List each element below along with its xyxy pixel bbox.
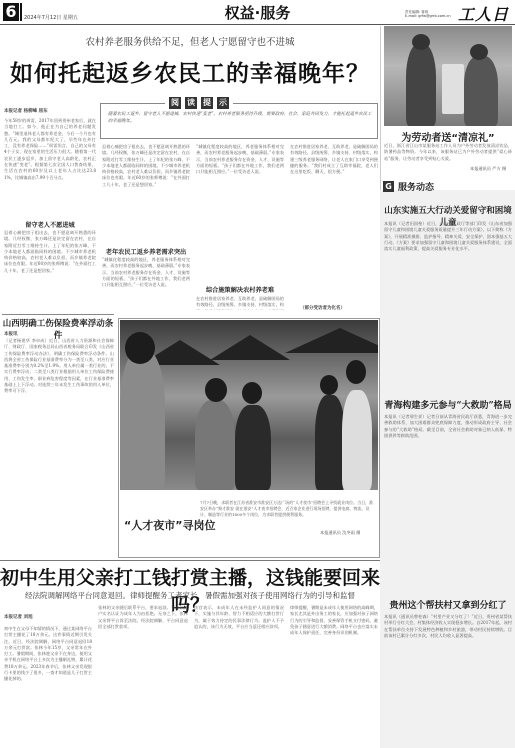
- main-column-1: 今年58岁的周雷，2017年回到贵州老家后，就在当地打工。如今，他正在为自己的养…: [4, 118, 96, 228]
- main-subhead-3: 综合施策解决农村养老难: [196, 285, 284, 294]
- main-subhead-1: 留守老人不愿进城: [4, 220, 96, 229]
- reading-tip-char: 阅: [169, 97, 181, 109]
- service-news-label: 服务动态: [398, 180, 434, 193]
- editor-email: E-mail: grfw@grrb.com.cn: [405, 14, 451, 18]
- bottom-story-divider: [0, 560, 380, 561]
- brief-body-shandong: 本报讯（记者田国垒）近日，山东省民政厅等部门印发《山东省加强留守儿童和困境儿童关…: [384, 221, 512, 379]
- photo-credit: 本报通讯员 沈冬雨 摄: [320, 530, 360, 536]
- worker-figure: [406, 44, 436, 126]
- person-head: [205, 378, 227, 402]
- bottom-column-2: 张林的父亲随后联系平台，要求退款。平台以账户实名认证为成年人为由拒绝。无奈之下，…: [98, 605, 188, 746]
- tent-shape: [285, 328, 378, 353]
- reading-tip-char: 读: [185, 97, 197, 109]
- main-column-1b: 忍着心痛把房子租出去，也不愿意离开熟悉的环境。几经权衡，张万峰还是决定留在农村，…: [4, 230, 96, 298]
- brief-body-qinghai: 本报讯（记者邢生祥）记者日前从青海省民政厅获悉，青海进一步完善救助体系，加大困难…: [384, 414, 512, 582]
- photo-caption: 7月7日晚，求职者在江苏省淮安市淮安区万达广场的“人才夜市”招聘会上寻找就业岗位…: [200, 500, 376, 518]
- reading-tip-char: 提: [201, 97, 213, 109]
- cooler-box: [442, 64, 464, 114]
- bottom-column-4: 律师提醒，暑期是未成年人使用网络的高峰期，家长尤其是外出务工的家长，应加强对孩子…: [290, 605, 378, 746]
- person-figure: [235, 405, 271, 490]
- bottom-column-1: 初中生在父母不知情的情况下，通过某网络平台打赏主播花了18万余元。这件事情近期引…: [4, 626, 92, 746]
- editor-info: 责任编辑: 蒋蒋 E-mail: grfw@grrb.com.cn: [405, 10, 451, 18]
- service-news-icon: G: [383, 181, 394, 192]
- reading-tip-text: 随着农民工返乡、留守老人不愿进城，农村快速“变老”。农村养老服务亟待升级，需要政…: [108, 112, 372, 125]
- worker-head: [470, 44, 488, 60]
- bottom-deck: 经法院调解网络平台同意退回。律师提醒务工者家长，暑假需加强对孩子使用网络行为的引…: [0, 590, 380, 601]
- tent-shape: [210, 335, 290, 360]
- brief-headline-qinghai: 青海构建多元参与“大救助”格局: [382, 398, 514, 411]
- main-closing-credit: （部分受访者为化名）: [300, 305, 345, 311]
- person-head: [346, 360, 366, 384]
- person-figure: [342, 390, 372, 490]
- person-head: [320, 375, 338, 395]
- person-head: [125, 332, 155, 364]
- main-column-2: 忍着心痛把房子租出去，也不愿意离开熟悉的环境。几经权衡，张万峰还是决定留在农村，…: [102, 144, 190, 244]
- worker-figure: [464, 56, 498, 126]
- main-kicker: 农村养老服务供给不足，但老人宁愿留守也不进城: [0, 34, 380, 48]
- left-brief-divider: [2, 314, 114, 315]
- main-column-3b: 在农村推进居家养老、互助养老，是破解困局的有效路径。县级统筹、乡镇支持、村级落实…: [196, 296, 284, 310]
- person-figure: [120, 350, 165, 490]
- brief-body-guizhou: 本报讯（通讯员曾柱森）“村里产业又分红了！”近日，贵州省某帮扶村举行分红大会，村…: [384, 614, 512, 744]
- person-figure: [195, 400, 235, 490]
- main-headline: 如何托起返乡农民工的幸福晚年？: [0, 55, 380, 88]
- photo-title: “人才夜市”寻岗位: [124, 517, 215, 533]
- bottom-column-3: 法官表示，未成年人在未经监护人同意的情况下，实施与其年龄、智力不相适应的大额打赏…: [194, 605, 284, 746]
- right-photo-credit: 本报通讯员 严方 摄: [470, 166, 506, 172]
- main-column-2b: “城镇化程度较高的地区，养老服务体系相对完善，而农村养老服务起步晚、基础薄弱。”…: [102, 257, 190, 313]
- header-divider: [0, 24, 515, 25]
- left-brief-byline: 本报讯: [4, 331, 18, 337]
- left-brief-body: （记者杨建华 李卓成）近日，山西省人力资源和社会保障厅、财政厅、国家税务总局山西…: [4, 338, 114, 548]
- service-news-tag: G 服务动态: [383, 180, 434, 193]
- main-byline: 本报记者 杨柳峰 屈东: [4, 108, 48, 114]
- main-column-3: “城镇化程度较高的地区，养老服务体系相对完善，而农村养老服务起步晚、基础薄弱。”…: [196, 144, 284, 274]
- main-subhead-2: 老年农民工返乡养老需求突出: [102, 247, 190, 256]
- workers-photo: [384, 26, 512, 126]
- reading-tip-label: 阅 读 提 示: [165, 97, 233, 109]
- worker-head: [412, 34, 430, 50]
- reading-tip-char: 示: [217, 97, 229, 109]
- right-photo-title: 为劳动者送“清凉礼”: [384, 129, 512, 144]
- job-fair-photo: [120, 320, 378, 490]
- brief-headline-guizhou: 贵州这个帮扶村又拿到分红了: [382, 598, 514, 611]
- main-column-4: 在农村推进居家养老、互助养老，是破解困局的有效路径。县级统筹、乡镇支持、村级落实…: [290, 144, 378, 299]
- person-figure: [315, 395, 345, 490]
- person-head: [242, 382, 262, 404]
- bottom-byline: 本报记者 刘旭: [4, 614, 33, 620]
